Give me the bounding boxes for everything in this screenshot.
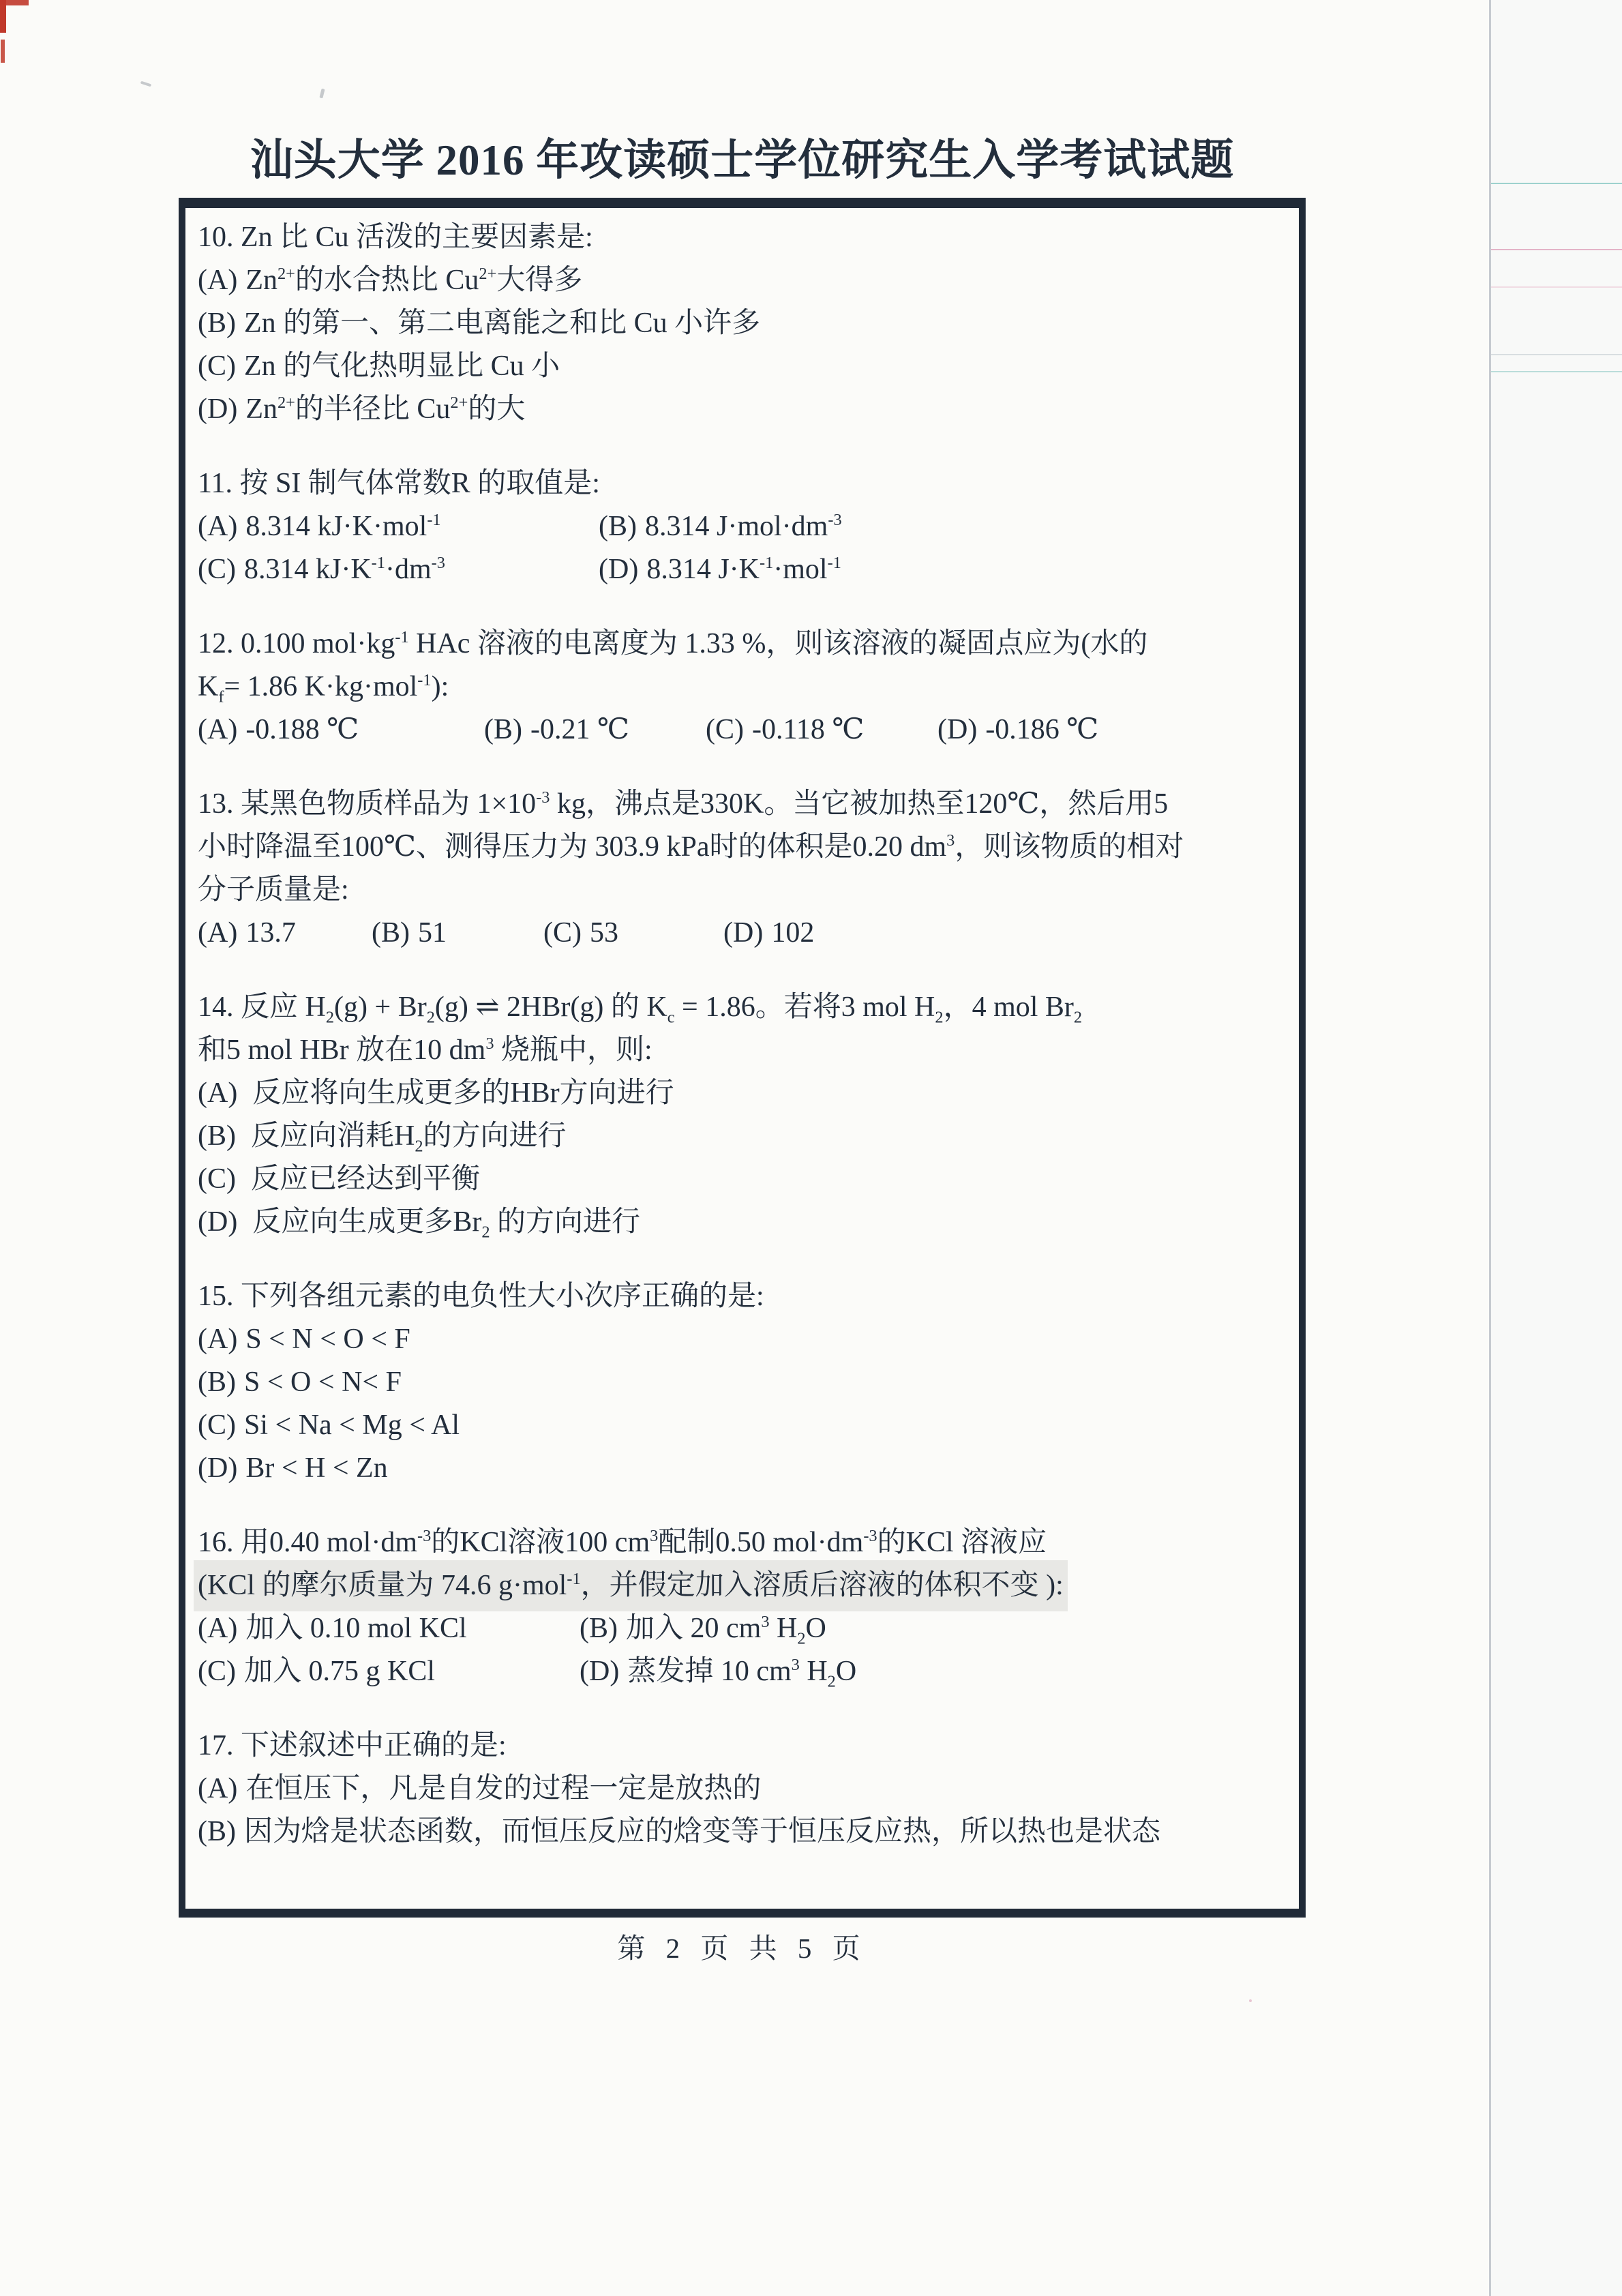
question-16: 16. 用0.40 mol·dm-3的KCl溶液100 cm3配制0.50 mo… (198, 1521, 1285, 1693)
option-text: S < O < N< F (244, 1367, 402, 1398)
option-label: (C) (198, 1163, 236, 1195)
page-edge-line (1489, 0, 1491, 2296)
pen-smudge (1249, 1999, 1252, 2002)
option-label: (A) (198, 1773, 237, 1804)
question-stem: 16. 用0.40 mol·dm-3的KCl溶液100 cm3配制0.50 mo… (198, 1521, 1285, 1564)
option-label: (B) (580, 1613, 618, 1644)
option-b: (B)反应向消耗H2的方向进行 (198, 1115, 1285, 1158)
option-label: (D) (723, 917, 763, 949)
option-c: (C)53 (543, 912, 723, 955)
option-text: -0.188 ℃ (245, 714, 359, 745)
option-label: (A) (198, 714, 237, 745)
question-stem: 小时降温至100℃、测得压力为 303.9 kPa时的体积是0.20 dm3，则… (198, 826, 1285, 869)
red-scan-mark (1, 40, 5, 63)
option-d: (D)102 (723, 912, 814, 955)
background-sheet (1491, 0, 1622, 2296)
option-label: (B) (198, 1816, 236, 1847)
option-text: 8.314 kJ·K·mol-1 (245, 511, 440, 542)
option-label: (C) (706, 714, 744, 745)
option-text: Zn2+的半径比 Cu2+的大 (245, 393, 525, 425)
option-text: 8.314 J·K-1·mol-1 (646, 554, 841, 585)
option-row: (A)8.314 kJ·K·mol-1(B)8.314 J·mol·dm-3 (198, 505, 1285, 548)
ruled-line (1491, 371, 1622, 372)
option-a: (A)8.314 kJ·K·mol-1 (198, 505, 599, 548)
option-text: 因为焓是状态函数，而恒压反应的焓变等于恒压反应热，所以热也是状态 (244, 1816, 1160, 1847)
option-b: (B)S < O < N< F (198, 1361, 1285, 1404)
option-b: (B)因为焓是状态函数，而恒压反应的焓变等于恒压反应热，所以热也是状态 (198, 1810, 1285, 1853)
option-label: (B) (484, 714, 522, 745)
question-stem: 10. Zn 比 Cu 活泼的主要因素是: (198, 216, 1285, 259)
option-text: Zn 的气化热明显比 Cu 小 (244, 351, 560, 382)
option-text: 8.314 kJ·K-1·dm-3 (244, 554, 445, 585)
option-label: (B) (198, 1367, 236, 1398)
option-label: (C) (543, 917, 582, 949)
option-c: (C)反应已经达到平衡 (198, 1158, 1285, 1201)
option-label: (B) (372, 917, 410, 949)
option-label: (A) (198, 265, 237, 296)
option-text: Si < Na < Mg < Al (244, 1410, 460, 1441)
option-label: (B) (198, 1120, 236, 1152)
option-c: (C)Si < Na < Mg < Al (198, 1404, 1285, 1447)
ruled-line (1491, 249, 1622, 250)
option-b: (B)-0.21 ℃ (484, 709, 706, 751)
option-label: (A) (198, 511, 237, 542)
option-label: (B) (198, 308, 236, 339)
option-text: -0.186 ℃ (985, 714, 1098, 745)
question-box: 10. Zn 比 Cu 活泼的主要因素是: (A)Zn2+的水合热比 Cu2+大… (179, 198, 1306, 1918)
question-12: 12. 0.100 mol·kg-1 HAc 溶液的电离度为 1.33 %，则该… (198, 623, 1285, 751)
option-a: (A)在恒压下，凡是自发的过程一定是放热的 (198, 1768, 1285, 1810)
option-d: (D)反应向生成更多Br2 的方向进行 (198, 1201, 1285, 1244)
question-11: 11. 按 SI 制气体常数R 的取值是: (A)8.314 kJ·K·mol-… (198, 462, 1285, 591)
option-text: 13.7 (245, 917, 296, 949)
question-stem: 12. 0.100 mol·kg-1 HAc 溶液的电离度为 1.33 %，则该… (198, 623, 1285, 666)
option-text: 加入 20 cm3 H2O (626, 1613, 826, 1644)
ruled-line (1491, 183, 1622, 184)
question-14: 14. 反应 H2(g) + Br2(g) ⇌ 2HBr(g) 的 Kc = 1… (198, 986, 1285, 1244)
question-stem: 和5 mol HBr 放在10 dm3 烧瓶中，则: (198, 1029, 1285, 1072)
option-label: (D) (599, 554, 638, 585)
pen-smudge (319, 89, 325, 99)
option-row: (C)加入 0.75 g KCl(D)蒸发掉 10 cm3 H2O (198, 1650, 1285, 1693)
option-label: (D) (580, 1656, 619, 1687)
option-label: (C) (198, 351, 236, 382)
option-text: 加入 0.10 mol KCl (245, 1613, 466, 1644)
question-15: 15. 下列各组元素的电负性大小次序正确的是: (A)S < N < O < F… (198, 1275, 1285, 1490)
option-label: (A) (198, 1324, 237, 1355)
option-label: (D) (198, 393, 237, 425)
page-title: 汕头大学 2016 年攻读硕士学位研究生入学考试试题 (179, 125, 1306, 188)
option-c: (C)8.314 kJ·K-1·dm-3 (198, 548, 599, 591)
scan-shading-band: (KCl 的摩尔质量为 74.6 g·mol-1，并假定加入溶质后溶液的体积不变… (198, 1564, 1064, 1607)
option-row: (A)加入 0.10 mol KCl(B)加入 20 cm3 H2O (198, 1607, 1285, 1650)
option-label: (C) (198, 1410, 236, 1441)
option-row: (A)13.7(B)51(C)53(D)102 (198, 912, 1285, 955)
question-stem: Kf= 1.86 K·kg·mol-1): (198, 666, 1285, 709)
option-a: (A)13.7 (198, 912, 372, 955)
question-stem: 13. 某黑色物质样品为 1×10-3 kg，沸点是330K。当它被加热至120… (198, 783, 1285, 826)
option-text: S < N < O < F (245, 1324, 410, 1355)
option-text: 在恒压下，凡是自发的过程一定是放热的 (245, 1773, 761, 1804)
option-b: (B)加入 20 cm3 H2O (580, 1607, 826, 1650)
option-text: Zn 的第一、第二电离能之和比 Cu 小许多 (244, 308, 760, 339)
option-a: (A)反应将向生成更多的HBr方向进行 (198, 1072, 1285, 1115)
option-d: (D)蒸发掉 10 cm3 H2O (580, 1650, 856, 1693)
option-text: -0.118 ℃ (752, 714, 864, 745)
option-c: (C)-0.118 ℃ (706, 709, 937, 751)
option-d: (D)8.314 J·K-1·mol-1 (599, 548, 841, 591)
option-text: 反应向生成更多Br2 的方向进行 (252, 1206, 640, 1238)
question-10: 10. Zn 比 Cu 活泼的主要因素是: (A)Zn2+的水合热比 Cu2+大… (198, 216, 1285, 431)
option-text: 加入 0.75 g KCl (244, 1656, 435, 1687)
option-a: (A)Zn2+的水合热比 Cu2+大得多 (198, 259, 1285, 302)
option-row: (C)8.314 kJ·K-1·dm-3(D)8.314 J·K-1·mol-1 (198, 548, 1285, 591)
option-a: (A)S < N < O < F (198, 1318, 1285, 1361)
option-b: (B)8.314 J·mol·dm-3 (599, 505, 842, 548)
option-text: Br < H < Zn (245, 1452, 387, 1484)
option-row: (A)-0.188 ℃(B)-0.21 ℃(C)-0.118 ℃(D)-0.18… (198, 709, 1285, 751)
option-text: 51 (418, 917, 447, 949)
option-text: 53 (590, 917, 618, 949)
question-17: 17. 下述叙述中正确的是: (A)在恒压下，凡是自发的过程一定是放热的 (B)… (198, 1725, 1285, 1853)
option-d: (D)-0.186 ℃ (937, 709, 1098, 751)
option-d: (D)Br < H < Zn (198, 1447, 1285, 1490)
option-label: (D) (937, 714, 977, 745)
option-label: (D) (198, 1206, 237, 1238)
option-a: (A)-0.188 ℃ (198, 709, 484, 751)
option-text: Zn2+的水合热比 Cu2+大得多 (245, 265, 582, 296)
option-label: (A) (198, 917, 237, 949)
option-label: (C) (198, 1656, 236, 1687)
question-stem: 分子质量是: (198, 869, 1285, 912)
option-text: 反应向消耗H2的方向进行 (251, 1120, 567, 1152)
option-a: (A)加入 0.10 mol KCl (198, 1607, 580, 1650)
scanned-exam-page: 汕头大学 2016 年攻读硕士学位研究生入学考试试题 10. Zn 比 Cu 活… (0, 0, 1622, 2296)
option-text: 反应将向生成更多的HBr方向进行 (252, 1077, 674, 1109)
option-text: 8.314 J·mol·dm-3 (645, 511, 842, 542)
page-number-footer: 第 2 页 共 5 页 (179, 1926, 1306, 1966)
option-label: (A) (198, 1077, 237, 1109)
question-stem: (KCl 的摩尔质量为 74.6 g·mol-1，并假定加入溶质后溶液的体积不变… (198, 1564, 1285, 1607)
question-stem: 14. 反应 H2(g) + Br2(g) ⇌ 2HBr(g) 的 Kc = 1… (198, 986, 1285, 1029)
option-c: (C)加入 0.75 g KCl (198, 1650, 580, 1693)
option-label: (B) (599, 511, 637, 542)
ruled-line (1491, 354, 1622, 355)
option-text: 反应已经达到平衡 (251, 1163, 480, 1195)
ruled-line (1491, 286, 1622, 288)
option-text: -0.21 ℃ (530, 714, 629, 745)
question-13: 13. 某黑色物质样品为 1×10-3 kg，沸点是330K。当它被加热至120… (198, 783, 1285, 955)
option-d: (D)Zn2+的半径比 Cu2+的大 (198, 388, 1285, 431)
option-text: 102 (771, 917, 814, 949)
question-stem: 11. 按 SI 制气体常数R 的取值是: (198, 462, 1285, 505)
option-b: (B)Zn 的第一、第二电离能之和比 Cu 小许多 (198, 302, 1285, 345)
option-label: (D) (198, 1452, 237, 1484)
option-c: (C)Zn 的气化热明显比 Cu 小 (198, 345, 1285, 388)
option-label: (A) (198, 1613, 237, 1644)
red-scan-mark (0, 0, 29, 5)
pen-smudge (140, 81, 151, 87)
option-text: 蒸发掉 10 cm3 H2O (627, 1656, 856, 1687)
question-stem: 15. 下列各组元素的电负性大小次序正确的是: (198, 1275, 1285, 1318)
option-b: (B)51 (372, 912, 543, 955)
question-stem: 17. 下述叙述中正确的是: (198, 1725, 1285, 1768)
option-label: (C) (198, 554, 236, 585)
